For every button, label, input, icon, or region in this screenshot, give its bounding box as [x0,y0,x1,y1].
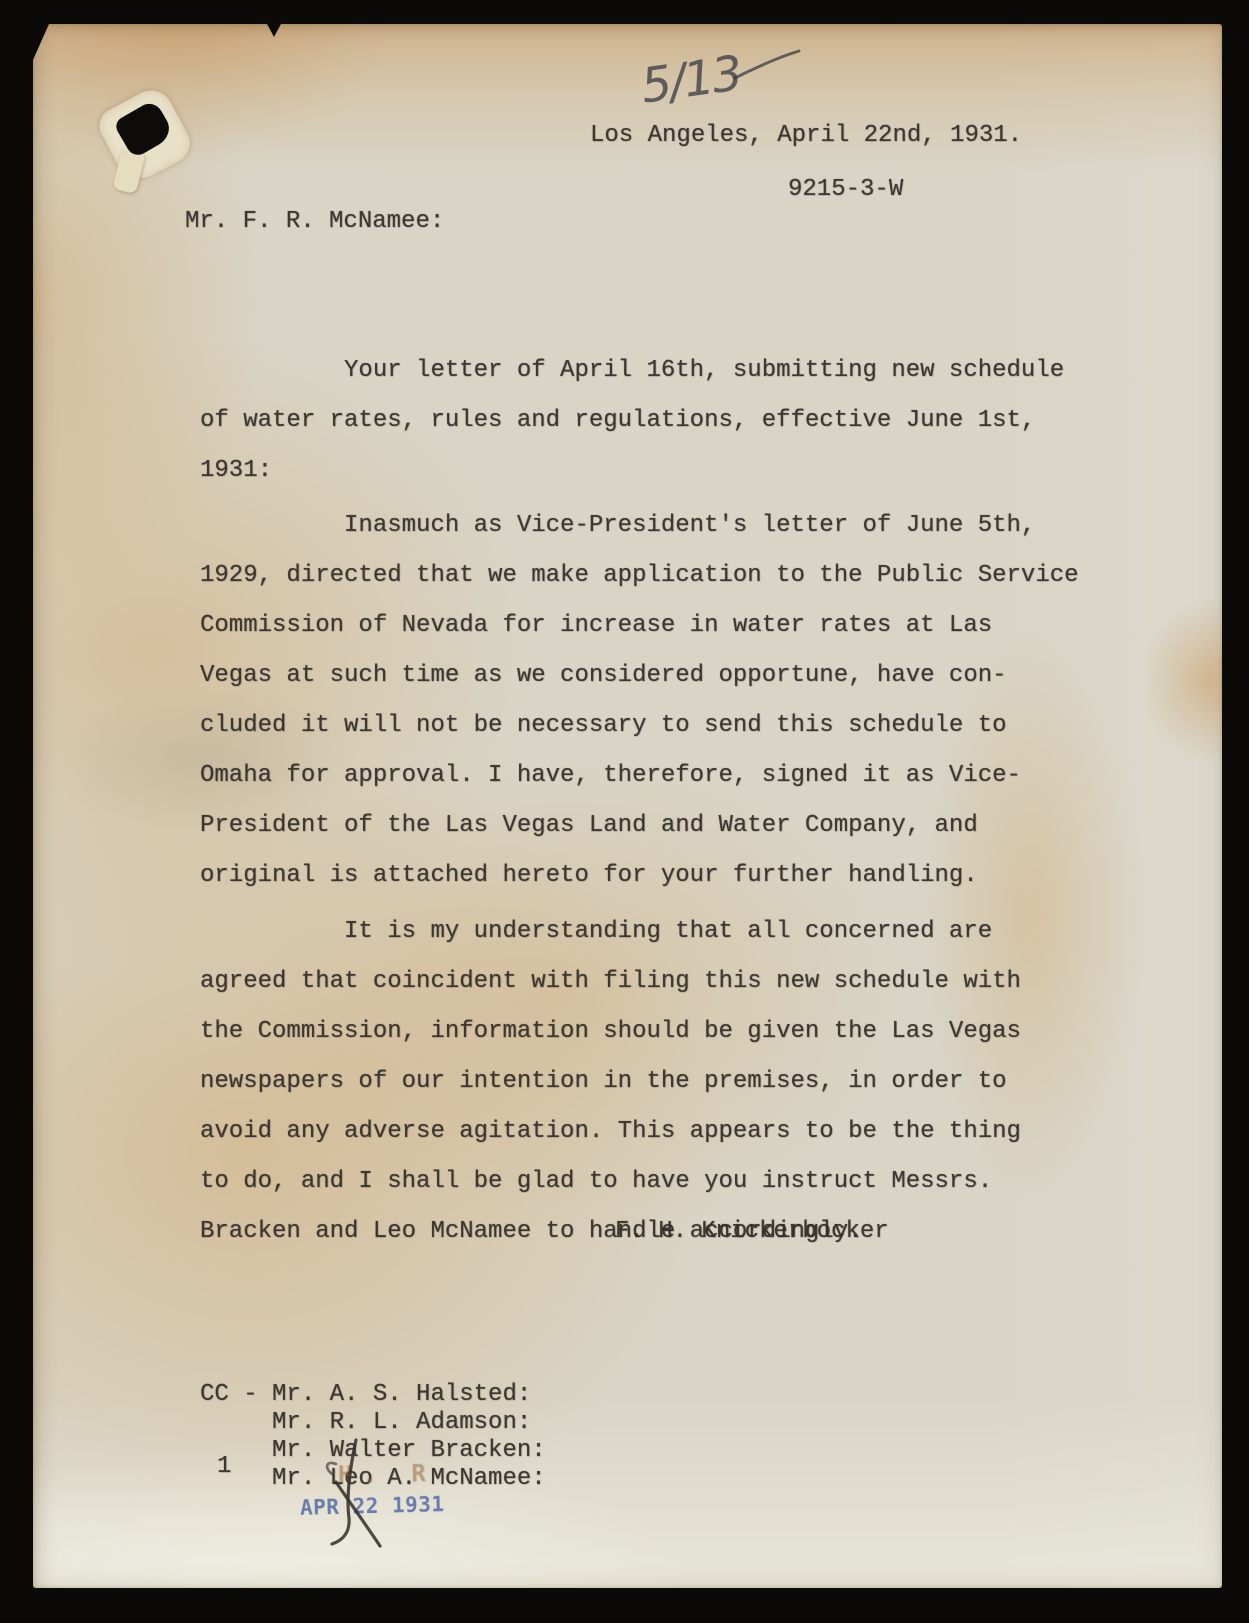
typed-line: to do, and I shall be glad to have you i… [200,1157,1021,1207]
page-number: 1 [217,1453,231,1480]
cc-line: Mr. R. L. Adamson: [200,1409,546,1437]
typed-line: Omaha for approval. I have, therefore, s… [200,751,1079,801]
typed-line: 1929, directed that we make application … [200,551,1079,601]
typed-line: Vegas at such time as we considered oppo… [200,651,1079,701]
typed-line: agreed that coincident with filing this … [200,957,1021,1007]
cc-line: CC - Mr. A. S. Halsted: [200,1381,546,1409]
typed-line: It is my understanding that all concerne… [200,907,1021,957]
handwritten-annotation: 5/13 [638,45,745,114]
typed-line: the Commission, information should be gi… [200,1007,1021,1057]
typed-line: Bracken and Leo McNamee to handle accord… [200,1207,1021,1257]
typed-line: Your letter of April 16th, submitting ne… [200,346,1064,396]
typed-line: Inasmuch as Vice-President's letter of J… [200,501,1079,551]
typed-line: avoid any adverse agitation. This appear… [200,1107,1021,1157]
pencil-stroke-icon [731,44,809,86]
body-paragraph-3: It is my understanding that all concerne… [200,826,1021,1257]
letter-page-scan: 5/13 Los Angeles, April 22nd, 1931. 9215… [33,24,1222,1588]
typed-line: Commission of Nevada for increase in wat… [200,601,1079,651]
dateline: Los Angeles, April 22nd, 1931. [590,122,1022,149]
pen-flourish-icon [318,1434,388,1552]
typed-line: newspapers of our intention in the premi… [200,1057,1021,1107]
salutation: Mr. F. R. McNamee: [185,208,444,235]
signature: F. H. Knickerbocker [615,1218,889,1245]
reference-number: 9215-3-W [788,176,903,203]
typed-line: cluded it will not be necessary to send … [200,701,1079,751]
